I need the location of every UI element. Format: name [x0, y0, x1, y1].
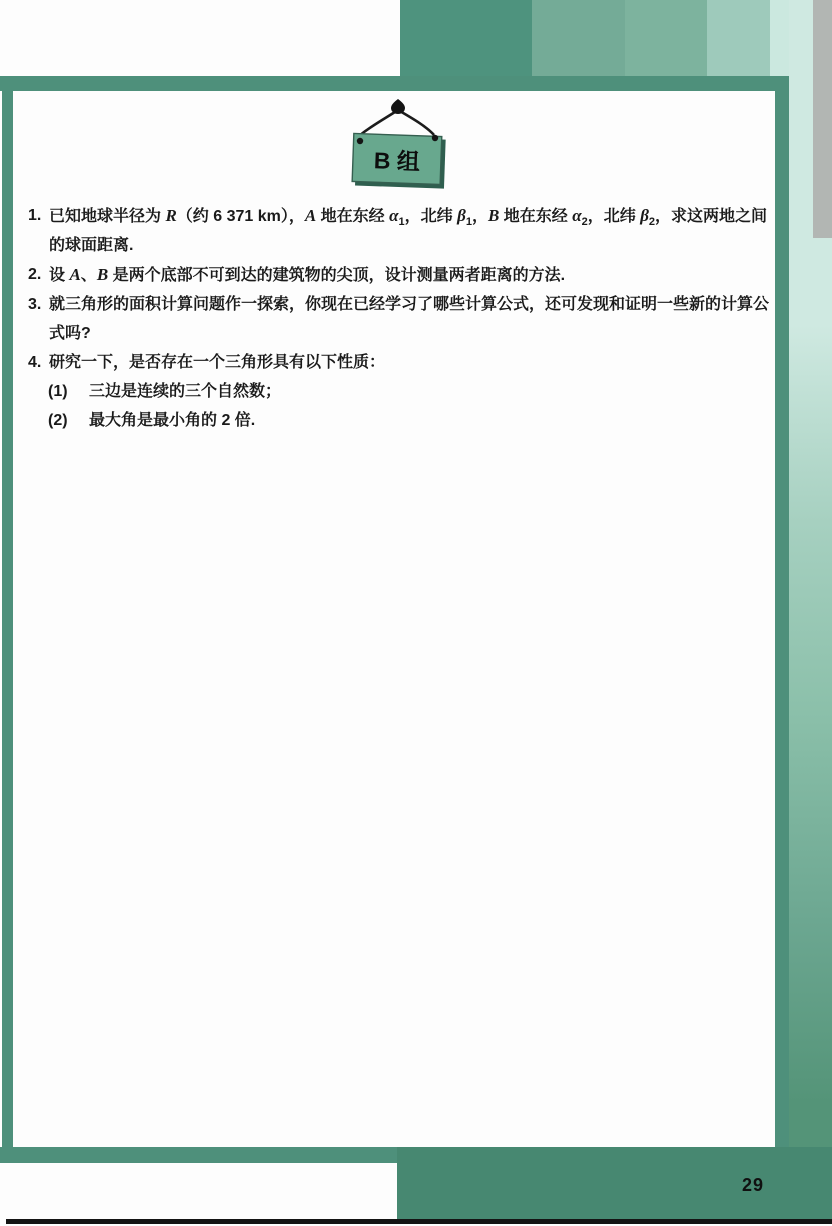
problem-number: 1. [28, 201, 49, 230]
right-edge-gray-stripe [813, 0, 832, 238]
textbook-page: 29 B 组 1. 已知地球半径为 R（约 6 371 km），A 地在东经 α… [0, 0, 832, 1226]
problem-2: 2. 设 A、B 是两个底部不可到达的建筑物的尖顶，设计测量两者距离的方法. [28, 260, 774, 290]
problem-text: 就三角形的面积计算问题作一探索，你现在已经学习了哪些计算公式，还可发现和证明一些… [49, 290, 774, 348]
problem-4-subitem-2: (2) 最大角是最小角的 2 倍. [28, 406, 774, 435]
problem-1: 1. 已知地球半径为 R（约 6 371 km），A 地在东经 α1，北纬 β1… [28, 201, 774, 260]
bottom-black-rule [6, 1219, 832, 1224]
problem-number: 3. [28, 290, 49, 319]
section-sign-label: B 组 [352, 134, 442, 183]
problem-list: 1. 已知地球半径为 R（约 6 371 km），A 地在东经 α1，北纬 β1… [28, 201, 774, 435]
problem-number: 4. [28, 348, 49, 377]
problem-text: 设 A、B 是两个底部不可到达的建筑物的尖顶，设计测量两者距离的方法. [49, 260, 774, 290]
subitem-text: 三边是连续的三个自然数； [89, 377, 774, 406]
subitem-number: (2) [48, 406, 89, 435]
frame-border-left [2, 76, 13, 1163]
bottom-right-teal-band [397, 1147, 832, 1221]
problem-3: 3. 就三角形的面积计算问题作一探索，你现在已经学习了哪些计算公式，还可发现和证… [28, 290, 774, 348]
problem-number: 2. [28, 260, 49, 289]
subitem-number: (1) [48, 377, 89, 406]
problem-text: 研究一下，是否存在一个三角形具有以下性质： [49, 348, 774, 377]
frame-border-top [0, 76, 789, 91]
problem-4: 4. 研究一下，是否存在一个三角形具有以下性质： [28, 348, 774, 377]
subitem-text: 最大角是最小角的 2 倍. [89, 406, 774, 435]
section-sign-b-group: B 组 [336, 96, 464, 192]
frame-border-right [775, 76, 789, 1222]
problem-text: 已知地球半径为 R（约 6 371 km），A 地在东经 α1，北纬 β1，B … [49, 201, 774, 260]
page-number: 29 [742, 1175, 764, 1196]
problem-4-subitem-1: (1) 三边是连续的三个自然数； [28, 377, 774, 406]
